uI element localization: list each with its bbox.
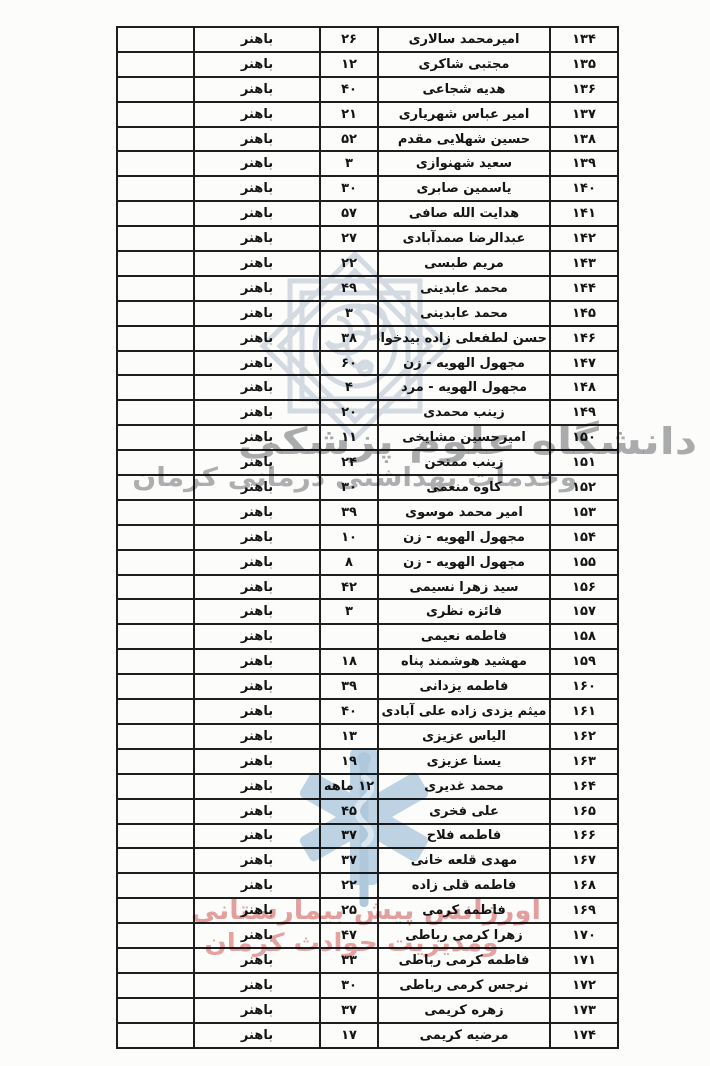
notes-cell	[117, 724, 194, 749]
row-number-cell: ۱۴۴	[550, 276, 618, 301]
age-cell: ۱۲ ماهه	[320, 774, 378, 799]
notes-cell	[117, 649, 194, 674]
hospital-cell: باهنر	[194, 923, 320, 948]
hospital-cell: باهنر	[194, 301, 320, 326]
hospital-cell: باهنر	[194, 699, 320, 724]
hospital-cell: باهنر	[194, 500, 320, 525]
row-number-cell: ۱۴۶	[550, 326, 618, 351]
patient-name-cell: امیرحسین مشایخی	[378, 425, 550, 450]
row-number-cell: ۱۳۵	[550, 52, 618, 77]
hospital-cell: باهنر	[194, 276, 320, 301]
row-number-cell: ۱۶۳	[550, 749, 618, 774]
age-cell: ۱۳	[320, 724, 378, 749]
hospital-cell: باهنر	[194, 749, 320, 774]
row-number-cell: ۱۷۲	[550, 973, 618, 998]
patient-name-cell: فائزه نظری	[378, 599, 550, 624]
hospital-cell: باهنر	[194, 351, 320, 376]
table-row: ۱۳۵مجتبی شاکری۱۲باهنر	[117, 52, 618, 77]
table-row: ۱۳۶هدیه شجاعی۴۰باهنر	[117, 77, 618, 102]
patient-name-cell: فاطمه نعیمی	[378, 624, 550, 649]
notes-cell	[117, 824, 194, 849]
table-row: ۱۴۰یاسمین صابری۳۰باهنر	[117, 176, 618, 201]
patient-name-cell: زهره کریمی	[378, 998, 550, 1023]
table-row: ۱۷۳زهره کریمی۳۷باهنر	[117, 998, 618, 1023]
notes-cell	[117, 923, 194, 948]
table-row: ۱۵۹مهشید هوشمند پناه۱۸باهنر	[117, 649, 618, 674]
age-cell: ۱۲	[320, 52, 378, 77]
notes-cell	[117, 400, 194, 425]
hospital-cell: باهنر	[194, 1023, 320, 1048]
notes-cell	[117, 351, 194, 376]
notes-cell	[117, 749, 194, 774]
table-row: ۱۶۵علی فخری۴۵باهنر	[117, 799, 618, 824]
hospital-cell: باهنر	[194, 251, 320, 276]
table-row: ۱۳۴امیرمحمد سالاری۲۶باهنر	[117, 27, 618, 52]
notes-cell	[117, 425, 194, 450]
age-cell: ۲۶	[320, 27, 378, 52]
notes-cell	[117, 998, 194, 1023]
row-number-cell: ۱۶۴	[550, 774, 618, 799]
notes-cell	[117, 774, 194, 799]
hospital-cell: باهنر	[194, 624, 320, 649]
notes-cell	[117, 948, 194, 973]
table-row: ۱۷۱فاطمه کرمی رباطی۳۳باهنر	[117, 948, 618, 973]
row-number-cell: ۱۵۵	[550, 550, 618, 575]
age-cell: ۳۷	[320, 824, 378, 849]
notes-cell	[117, 973, 194, 998]
table-row: ۱۴۸مجهول الهویه - مرد۴باهنر	[117, 375, 618, 400]
table-row: ۱۷۲نرجس کرمی رباطی۳۰باهنر	[117, 973, 618, 998]
table-row: ۱۶۴محمد غدیری۱۲ ماههباهنر	[117, 774, 618, 799]
table-row: ۱۶۹فاطمه کرمی۲۵باهنر	[117, 898, 618, 923]
row-number-cell: ۱۳۴	[550, 27, 618, 52]
notes-cell	[117, 500, 194, 525]
hospital-cell: باهنر	[194, 948, 320, 973]
row-number-cell: ۱۶۶	[550, 824, 618, 849]
age-cell: ۳۹	[320, 674, 378, 699]
notes-cell	[117, 898, 194, 923]
patient-name-cell: حسین شهلایی مقدم	[378, 127, 550, 152]
row-number-cell: ۱۵۶	[550, 575, 618, 600]
patient-name-cell: میثم یزدی زاده علی آبادی	[378, 699, 550, 724]
patient-name-cell: حسن لطفعلی زاده بیدخوانی	[378, 326, 550, 351]
hospital-cell: باهنر	[194, 898, 320, 923]
patient-name-cell: مهدی قلعه خانی	[378, 848, 550, 873]
row-number-cell: ۱۴۷	[550, 351, 618, 376]
hospital-cell: باهنر	[194, 475, 320, 500]
age-cell: ۳۷	[320, 998, 378, 1023]
age-cell: ۱۹	[320, 749, 378, 774]
patient-name-cell: مجهول الهویه - زن	[378, 525, 550, 550]
age-cell: ۳	[320, 599, 378, 624]
notes-cell	[117, 550, 194, 575]
hospital-cell: باهنر	[194, 575, 320, 600]
notes-cell	[117, 27, 194, 52]
table-row: ۱۴۴محمد عابدینی۴۹باهنر	[117, 276, 618, 301]
row-number-cell: ۱۵۴	[550, 525, 618, 550]
notes-cell	[117, 176, 194, 201]
hospital-cell: باهنر	[194, 774, 320, 799]
notes-cell	[117, 226, 194, 251]
patient-name-cell: مهشید هوشمند پناه	[378, 649, 550, 674]
patient-name-cell: الیاس عزیزی	[378, 724, 550, 749]
hospital-cell: باهنر	[194, 127, 320, 152]
table-row: ۱۳۷امیر عباس شهریاری۲۱باهنر	[117, 102, 618, 127]
notes-cell	[117, 127, 194, 152]
hospital-cell: باهنر	[194, 649, 320, 674]
hospital-cell: باهنر	[194, 27, 320, 52]
hospital-cell: باهنر	[194, 525, 320, 550]
table-row: ۱۴۱هدایت الله صافی۵۷باهنر	[117, 201, 618, 226]
row-number-cell: ۱۷۰	[550, 923, 618, 948]
age-cell: ۳۹	[320, 500, 378, 525]
notes-cell	[117, 276, 194, 301]
age-cell: ۴	[320, 375, 378, 400]
hospital-cell: باهنر	[194, 824, 320, 849]
patient-name-cell: یسنا عزیزی	[378, 749, 550, 774]
row-number-cell: ۱۵۸	[550, 624, 618, 649]
table-row: ۱۷۴مرضیه کریمی۱۷باهنر	[117, 1023, 618, 1048]
age-cell: ۲۲	[320, 251, 378, 276]
scanned-document-page: ۱۳۴امیرمحمد سالاری۲۶باهنر۱۳۵مجتبی شاکری۱…	[0, 0, 710, 1066]
hospital-cell: باهنر	[194, 674, 320, 699]
age-cell: ۱۸	[320, 649, 378, 674]
hospital-cell: باهنر	[194, 176, 320, 201]
row-number-cell: ۱۶۲	[550, 724, 618, 749]
table-row: ۱۵۷فائزه نظری۳باهنر	[117, 599, 618, 624]
notes-cell	[117, 799, 194, 824]
row-number-cell: ۱۴۳	[550, 251, 618, 276]
table-row: ۱۳۹سعید شهنوازی۳باهنر	[117, 151, 618, 176]
row-number-cell: ۱۴۵	[550, 301, 618, 326]
patient-name-cell: محمد عابدینی	[378, 301, 550, 326]
age-cell: ۲۵	[320, 898, 378, 923]
notes-cell	[117, 151, 194, 176]
hospital-cell: باهنر	[194, 873, 320, 898]
hospital-cell: باهنر	[194, 450, 320, 475]
patient-name-cell: سعید شهنوازی	[378, 151, 550, 176]
patient-name-cell: محمد عابدینی	[378, 276, 550, 301]
row-number-cell: ۱۵۱	[550, 450, 618, 475]
row-number-cell: ۱۵۹	[550, 649, 618, 674]
patient-name-cell: نرجس کرمی رباطی	[378, 973, 550, 998]
age-cell: ۳	[320, 301, 378, 326]
age-cell: ۲۲	[320, 873, 378, 898]
patient-name-cell: سید زهرا نسیمی	[378, 575, 550, 600]
age-cell: ۳۷	[320, 848, 378, 873]
hospital-cell: باهنر	[194, 400, 320, 425]
table-row: ۱۷۰زهرا کرمی رباطی۴۷باهنر	[117, 923, 618, 948]
age-cell: ۴۷	[320, 923, 378, 948]
age-cell: ۴۲	[320, 575, 378, 600]
age-cell: ۳۸	[320, 326, 378, 351]
patient-name-cell: مرضیه کریمی	[378, 1023, 550, 1048]
table-row: ۱۳۸حسین شهلایی مقدم۵۲باهنر	[117, 127, 618, 152]
table-row: ۱۵۴مجهول الهویه - زن۱۰باهنر	[117, 525, 618, 550]
notes-cell	[117, 1023, 194, 1048]
notes-cell	[117, 251, 194, 276]
patient-name-cell: مجهول الهویه - زن	[378, 351, 550, 376]
hospital-cell: باهنر	[194, 724, 320, 749]
patient-name-cell: فاطمه فلاح	[378, 824, 550, 849]
row-number-cell: ۱۳۷	[550, 102, 618, 127]
hospital-cell: باهنر	[194, 226, 320, 251]
row-number-cell: ۱۴۹	[550, 400, 618, 425]
row-number-cell: ۱۶۱	[550, 699, 618, 724]
notes-cell	[117, 575, 194, 600]
hospital-cell: باهنر	[194, 102, 320, 127]
row-number-cell: ۱۷۱	[550, 948, 618, 973]
table-row: ۱۵۱زینب ممتحن۲۴باهنر	[117, 450, 618, 475]
table-row: ۱۴۷مجهول الهویه - زن۶۰باهنر	[117, 351, 618, 376]
hospital-cell: باهنر	[194, 425, 320, 450]
table-row: ۱۵۸فاطمه نعیمیباهنر	[117, 624, 618, 649]
notes-cell	[117, 301, 194, 326]
table-row: ۱۴۹زینب محمدی۲۰باهنر	[117, 400, 618, 425]
patient-name-cell: فاطمه یزدانی	[378, 674, 550, 699]
patient-name-cell: مجتبی شاکری	[378, 52, 550, 77]
hospital-cell: باهنر	[194, 201, 320, 226]
age-cell: ۱۱	[320, 425, 378, 450]
hospital-cell: باهنر	[194, 998, 320, 1023]
table-row: ۱۶۲الیاس عزیزی۱۳باهنر	[117, 724, 618, 749]
table-row: ۱۵۲کاوه منعمی۳۰باهنر	[117, 475, 618, 500]
age-cell: ۳۳	[320, 948, 378, 973]
row-number-cell: ۱۳۶	[550, 77, 618, 102]
hospital-cell: باهنر	[194, 77, 320, 102]
row-number-cell: ۱۷۳	[550, 998, 618, 1023]
notes-cell	[117, 624, 194, 649]
patient-name-cell: مریم طبسی	[378, 251, 550, 276]
notes-cell	[117, 102, 194, 127]
hospital-cell: باهنر	[194, 848, 320, 873]
row-number-cell: ۱۴۱	[550, 201, 618, 226]
notes-cell	[117, 525, 194, 550]
row-number-cell: ۱۵۰	[550, 425, 618, 450]
row-number-cell: ۱۴۸	[550, 375, 618, 400]
row-number-cell: ۱۶۰	[550, 674, 618, 699]
notes-cell	[117, 326, 194, 351]
age-cell: ۴۵	[320, 799, 378, 824]
table-row: ۱۵۰امیرحسین مشایخی۱۱باهنر	[117, 425, 618, 450]
table-row: ۱۴۲عبدالرضا صمدآبادی۲۷باهنر	[117, 226, 618, 251]
row-number-cell: ۱۶۷	[550, 848, 618, 873]
notes-cell	[117, 699, 194, 724]
row-number-cell: ۱۶۹	[550, 898, 618, 923]
notes-cell	[117, 77, 194, 102]
patient-name-cell: زینب ممتحن	[378, 450, 550, 475]
age-cell: ۴۹	[320, 276, 378, 301]
notes-cell	[117, 450, 194, 475]
table-row: ۱۵۶سید زهرا نسیمی۴۲باهنر	[117, 575, 618, 600]
row-number-cell: ۱۵۳	[550, 500, 618, 525]
table-row: ۱۶۳یسنا عزیزی۱۹باهنر	[117, 749, 618, 774]
row-number-cell: ۱۴۰	[550, 176, 618, 201]
age-cell: ۴۰	[320, 699, 378, 724]
patient-name-cell: فاطمه قلی زاده	[378, 873, 550, 898]
patient-name-cell: زهرا کرمی رباطی	[378, 923, 550, 948]
notes-cell	[117, 52, 194, 77]
hospital-cell: باهنر	[194, 52, 320, 77]
hospital-cell: باهنر	[194, 550, 320, 575]
age-cell: ۳۰	[320, 475, 378, 500]
patient-name-cell: عبدالرضا صمدآبادی	[378, 226, 550, 251]
age-cell: ۶۰	[320, 351, 378, 376]
hospital-cell: باهنر	[194, 375, 320, 400]
row-number-cell: ۱۶۸	[550, 873, 618, 898]
row-number-cell: ۱۷۴	[550, 1023, 618, 1048]
table-row: ۱۶۰فاطمه یزدانی۳۹باهنر	[117, 674, 618, 699]
patient-name-cell: امیر محمد موسوی	[378, 500, 550, 525]
casualty-list-table: ۱۳۴امیرمحمد سالاری۲۶باهنر۱۳۵مجتبی شاکری۱…	[116, 26, 619, 1049]
patient-name-cell: امیرمحمد سالاری	[378, 27, 550, 52]
patient-name-cell: کاوه منعمی	[378, 475, 550, 500]
table-row: ۱۵۳امیر محمد موسوی۳۹باهنر	[117, 500, 618, 525]
patient-name-cell: مجهول الهویه - زن	[378, 550, 550, 575]
age-cell: ۱۷	[320, 1023, 378, 1048]
notes-cell	[117, 848, 194, 873]
notes-cell	[117, 599, 194, 624]
age-cell: ۳	[320, 151, 378, 176]
patient-name-cell: یاسمین صابری	[378, 176, 550, 201]
table-row: ۱۶۷مهدی قلعه خانی۳۷باهنر	[117, 848, 618, 873]
table-row: ۱۴۶حسن لطفعلی زاده بیدخوانی۳۸باهنر	[117, 326, 618, 351]
age-cell: ۲۰	[320, 400, 378, 425]
age-cell: ۵۷	[320, 201, 378, 226]
notes-cell	[117, 375, 194, 400]
notes-cell	[117, 475, 194, 500]
age-cell: ۳۰	[320, 973, 378, 998]
hospital-cell: باهنر	[194, 973, 320, 998]
age-cell: ۵۲	[320, 127, 378, 152]
age-cell: ۱۰	[320, 525, 378, 550]
notes-cell	[117, 674, 194, 699]
age-cell: ۲۷	[320, 226, 378, 251]
patient-name-cell: علی فخری	[378, 799, 550, 824]
row-number-cell: ۱۳۹	[550, 151, 618, 176]
table-body: ۱۳۴امیرمحمد سالاری۲۶باهنر۱۳۵مجتبی شاکری۱…	[117, 27, 618, 1048]
patient-name-cell: مجهول الهویه - مرد	[378, 375, 550, 400]
table-row: ۱۴۵محمد عابدینی۳باهنر	[117, 301, 618, 326]
patient-name-cell: محمد غدیری	[378, 774, 550, 799]
age-cell: ۲۴	[320, 450, 378, 475]
age-cell: ۴۰	[320, 77, 378, 102]
notes-cell	[117, 873, 194, 898]
notes-cell	[117, 201, 194, 226]
patient-name-cell: هدیه شجاعی	[378, 77, 550, 102]
age-cell	[320, 624, 378, 649]
hospital-cell: باهنر	[194, 599, 320, 624]
row-number-cell: ۱۴۲	[550, 226, 618, 251]
table-row: ۱۶۸فاطمه قلی زاده۲۲باهنر	[117, 873, 618, 898]
patient-name-cell: هدایت الله صافی	[378, 201, 550, 226]
age-cell: ۳۰	[320, 176, 378, 201]
table-row: ۱۶۶فاطمه فلاح۳۷باهنر	[117, 824, 618, 849]
table-row: ۱۴۳مریم طبسی۲۲باهنر	[117, 251, 618, 276]
patient-name-cell: فاطمه کرمی رباطی	[378, 948, 550, 973]
row-number-cell: ۱۵۲	[550, 475, 618, 500]
row-number-cell: ۱۵۷	[550, 599, 618, 624]
hospital-cell: باهنر	[194, 151, 320, 176]
patient-name-cell: زینب محمدی	[378, 400, 550, 425]
hospital-cell: باهنر	[194, 326, 320, 351]
age-cell: ۲۱	[320, 102, 378, 127]
patient-name-cell: امیر عباس شهریاری	[378, 102, 550, 127]
row-number-cell: ۱۳۸	[550, 127, 618, 152]
table-row: ۱۵۵مجهول الهویه - زن۸باهنر	[117, 550, 618, 575]
age-cell: ۸	[320, 550, 378, 575]
table-row: ۱۶۱میثم یزدی زاده علی آبادی۴۰باهنر	[117, 699, 618, 724]
patient-name-cell: فاطمه کرمی	[378, 898, 550, 923]
hospital-cell: باهنر	[194, 799, 320, 824]
row-number-cell: ۱۶۵	[550, 799, 618, 824]
